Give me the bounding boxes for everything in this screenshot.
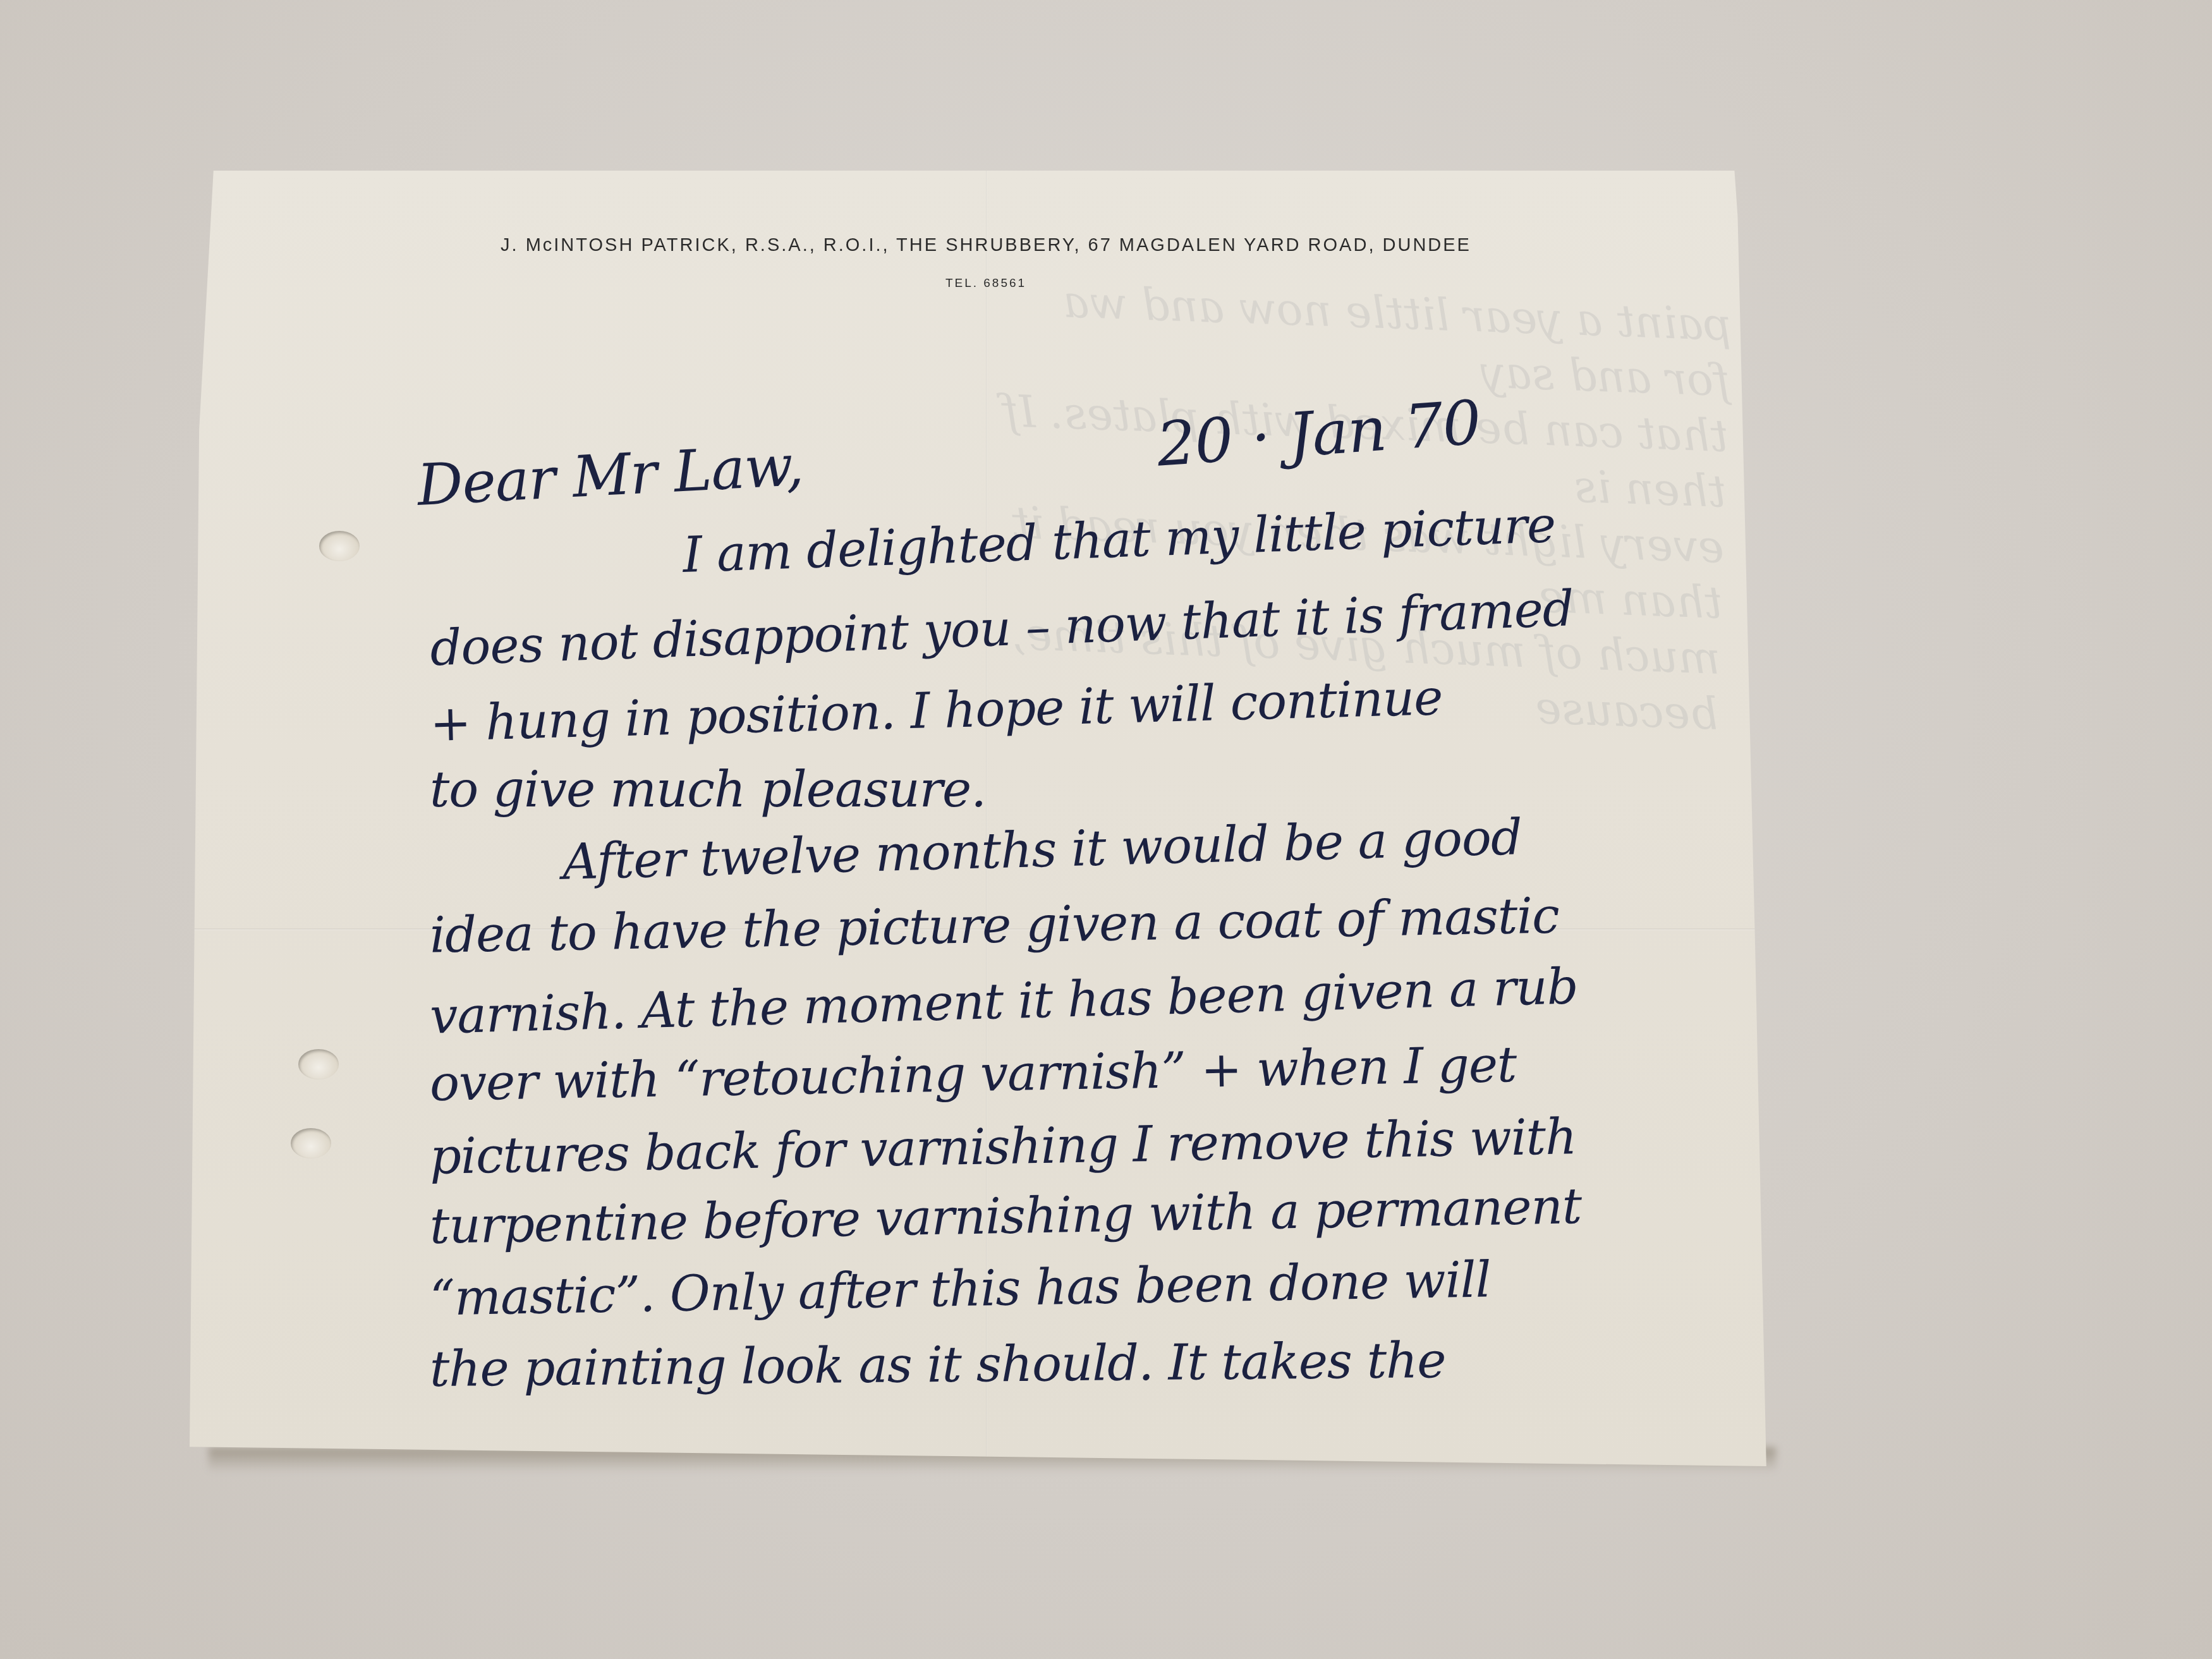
letter-line: over with “retouching varnish” + when I … [429, 1036, 1517, 1112]
punch-hole-icon [319, 531, 360, 561]
letter-line: After twelve months it would be a good [562, 809, 1522, 891]
letter-line: varnish. At the moment it has been given… [429, 958, 1578, 1045]
letter-line: idea to have the picture given a coat of… [429, 887, 1559, 964]
letter-line: pictures back for varnishing I remove th… [429, 1109, 1577, 1186]
letter-line: to give much pleasure. [430, 762, 986, 818]
letterhead: J. McINTOSH PATRICK, R.S.A., R.O.I., THE… [190, 235, 1782, 256]
letter-line: + hung in position. I hope it will conti… [429, 669, 1443, 753]
letter-line: turpentine before varnishing with a perm… [429, 1178, 1582, 1255]
letter-sheet: J. McINTOSH PATRICK, R.S.A., R.O.I., THE… [190, 171, 1782, 1466]
letterhead-telephone: TEL. 68561 [190, 277, 1782, 291]
punch-hole-icon [298, 1049, 339, 1079]
letter-salutation: Dear Mr Law, [416, 432, 805, 519]
letter-line: “mastic”. Only after this has been done … [429, 1251, 1491, 1327]
letter-line: the painting look as it should. It takes… [430, 1332, 1446, 1398]
punch-hole-icon [291, 1128, 331, 1158]
